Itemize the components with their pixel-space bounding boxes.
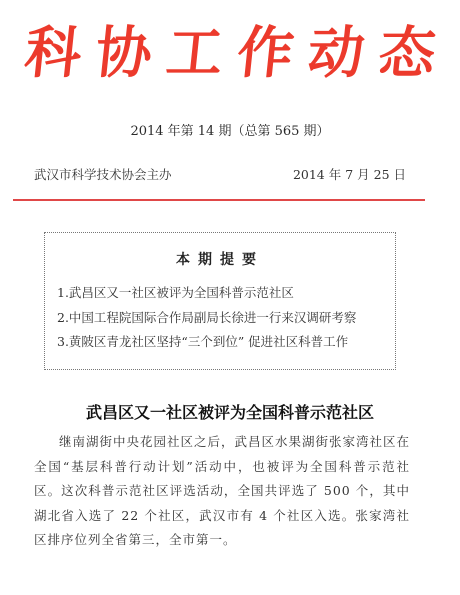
masthead-char: 作 (228, 14, 302, 94)
red-divider (13, 199, 425, 201)
meta-row: 武汉市科学技术协会主办 2014 年 7 月 25 日 (34, 165, 406, 183)
summary-list: 1.武昌区又一社区被评为全国科普示范社区 2.中国工程院国际合作局副局长徐进一行… (57, 281, 356, 355)
summary-item: 1.武昌区又一社区被评为全国科普示范社区 (57, 281, 356, 306)
summary-item: 2.中国工程院国际合作局副局长徐进一行来汉调研考察 (57, 306, 356, 331)
masthead-char: 工 (157, 14, 231, 94)
publisher: 武汉市科学技术协会主办 (34, 165, 172, 183)
summary-title: 本期提要 (45, 249, 395, 269)
summary-item: 3.黄陂区青龙社区坚持“三个到位” 促进社区科普工作 (57, 330, 356, 355)
publish-date: 2014 年 7 月 25 日 (293, 165, 406, 183)
masthead-char: 协 (87, 14, 161, 94)
masthead-title: 科 协 工 作 动 态 (16, 14, 444, 94)
masthead-char: 动 (299, 14, 373, 94)
summary-box: 本期提要 1.武昌区又一社区被评为全国科普示范社区 2.中国工程院国际合作局副局… (44, 232, 396, 370)
masthead-char: 态 (370, 14, 444, 94)
article-title: 武昌区又一社区被评为全国科普示范社区 (0, 400, 460, 423)
article-body: 继南湖街中央花园社区之后，武昌区水果湖街张家湾社区在全国“基层科普行动计划”活动… (34, 430, 410, 553)
issue-number: 2014 年第 14 期（总第 565 期） (0, 120, 460, 139)
masthead-char: 科 (16, 14, 90, 94)
